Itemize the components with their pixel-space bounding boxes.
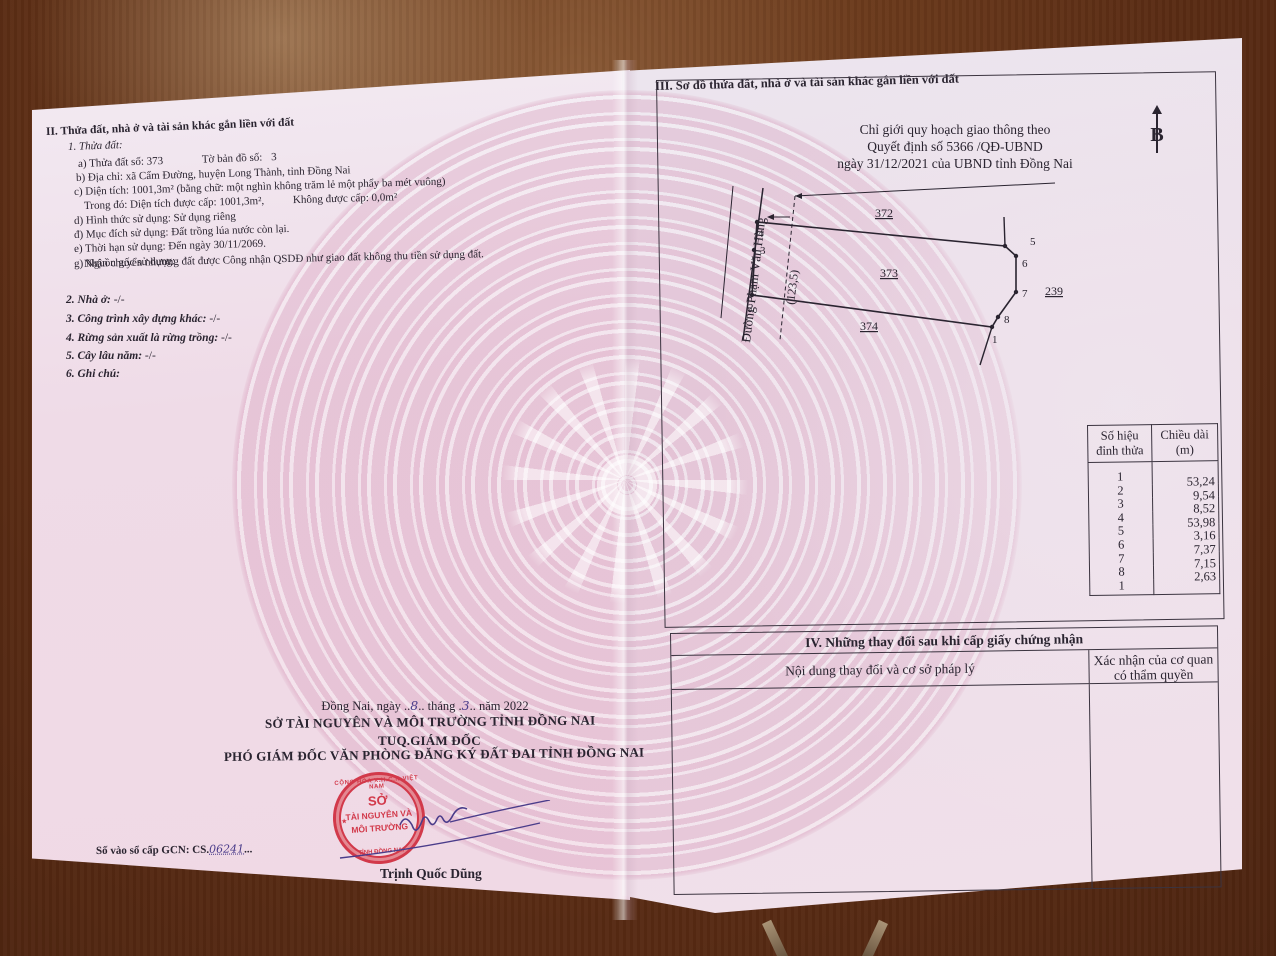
svg-text:372: 372 [875, 206, 893, 220]
official-red-stamp: CỘNG HÒA X.H.C.N VIỆT NAM SỞ TÀI NGUYÊN … [330, 769, 428, 867]
svg-text:374: 374 [860, 319, 878, 333]
svg-text:(123,5): (123,5) [783, 269, 801, 305]
item-notes: 6. Ghi chú: [66, 368, 120, 380]
vertex-number: 1 [1090, 579, 1154, 596]
vertex-number: 6 [1089, 538, 1153, 552]
changes-after-issuance-table: IV. Những thay đổi sau khi cấp giấy chứn… [670, 625, 1222, 895]
north-arrow-icon: B [1145, 105, 1169, 155]
svg-text:7: 7 [1022, 288, 1028, 300]
issue-month: 3 [462, 698, 470, 713]
svg-text:B: B [1150, 124, 1163, 146]
svg-text:373: 373 [880, 266, 898, 280]
map-sheet-number: 3 [271, 151, 277, 163]
planning-note: Chỉ giới quy hoạch giao thông theo Quyết… [790, 121, 1120, 172]
registry-number: Số vào sổ cấp GCN: CS.06241... [96, 842, 252, 857]
parcel-plot-drawing: 12345678 372373374239 Đường Phạm Văn Hùn… [700, 175, 1120, 375]
table-row: 153,24 [1088, 461, 1218, 485]
confirmation-cell [1090, 682, 1221, 888]
change-content-cell [672, 684, 1093, 894]
header-length: Chiều dài (m) [1152, 424, 1219, 462]
vertex-number: 1 [1088, 462, 1152, 485]
svg-text:5: 5 [1030, 236, 1036, 248]
item-perennial-trees: 5. Cây lâu năm: -/- [66, 350, 156, 362]
vertex-length-table: Số hiệu đỉnh thửa Chiều dài (m) 153,2429… [1087, 423, 1220, 596]
header-vertex: Số hiệu đỉnh thửa [1088, 425, 1153, 463]
svg-text:8: 8 [1004, 314, 1010, 326]
issue-date: Đồng Nai, ngày ..8.. tháng .3.. năm 2022 [225, 698, 625, 714]
land-heading: 1. Thửa đất: [68, 139, 123, 153]
svg-text:239: 239 [1045, 284, 1063, 298]
parcel-label: a) Thửa đất số: [78, 156, 144, 170]
segment-length: 53,24 [1152, 461, 1218, 484]
signature-block: Đồng Nai, ngày ..8.. tháng .3.. năm 2022 [225, 698, 625, 714]
item-other-construction: 3. Công trình xây dựng khác: -/- [66, 313, 220, 325]
item-planted-forest: 4. Rừng sản xuất là rừng trồng: -/- [66, 332, 232, 344]
svg-text:1: 1 [992, 334, 998, 346]
column-change-content: Nội dung thay đổi và cơ sở pháp lý [671, 650, 1089, 689]
column-authority-confirmation: Xác nhận của cơ quan có thẩm quyền [1089, 648, 1217, 683]
item-house: 2. Nhà ở: -/- [66, 294, 125, 306]
parcel-number: 373 [146, 155, 163, 168]
svg-text:6: 6 [1022, 258, 1028, 270]
svg-text:Đường Phạm Văn Hùng: Đường Phạm Văn Hùng [738, 216, 768, 343]
signer-name: Trịnh Quốc Dũng [380, 866, 482, 882]
star-icon: ★ [341, 817, 348, 825]
map-sheet-label: Tờ bản đồ số: [202, 152, 263, 166]
